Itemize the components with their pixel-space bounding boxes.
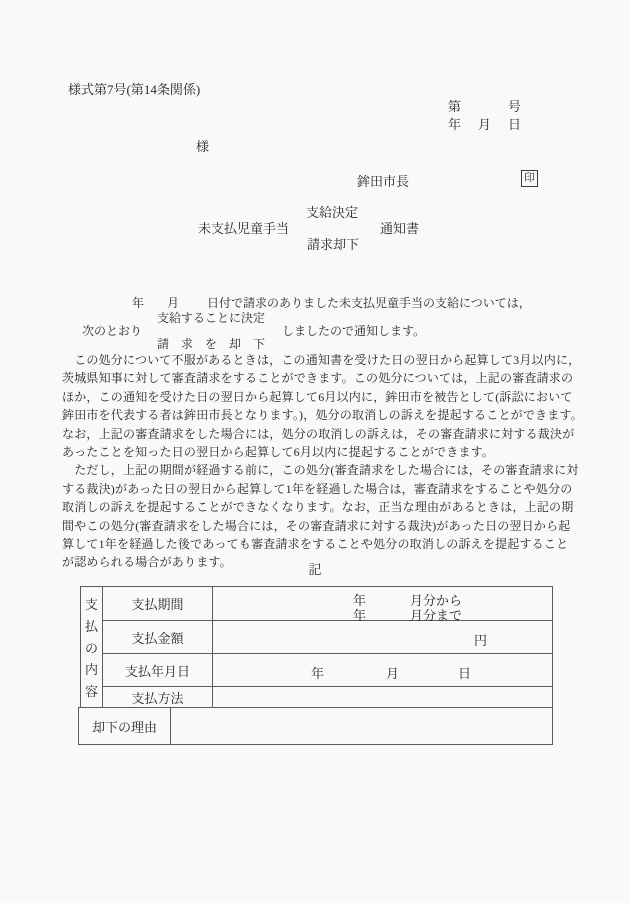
payment-date-day: 日 bbox=[458, 663, 471, 682]
title-option-grant: 支給決定 bbox=[306, 206, 358, 220]
issue-date-month: 月 bbox=[478, 118, 491, 132]
body-line: 算して1年を経過した後であっても審査請求をすることや処分の取消しの訴えを提起する… bbox=[62, 535, 574, 553]
body-line: 鉾田市を代表する者は鉾田市長となります。)，処分の取消しの訴えを提起することがで… bbox=[62, 406, 574, 424]
row-label-rejection-reason: 却下の理由 bbox=[79, 708, 171, 744]
intro-month: 月 bbox=[167, 296, 179, 310]
row-value-payment-date: 年 月 日 bbox=[213, 654, 552, 687]
ki-heading: 記 bbox=[0, 559, 630, 578]
row-label-payment-period: 支払期間 bbox=[103, 587, 213, 621]
row-label-payment-amount: 支払金額 bbox=[103, 621, 213, 654]
payment-date-month: 月 bbox=[386, 663, 399, 682]
intro-option-grant: 支給することに決定 bbox=[157, 311, 265, 325]
body-line: あったことを知った日の翌日から起算して6月以内に提起することができます。 bbox=[62, 443, 574, 461]
payment-details-table: 支 払 の 内 容 支払期間 年 月分から 年 月分まで 支払金額 円 支払年月… bbox=[80, 586, 553, 708]
addressee-suffix: 様 bbox=[196, 140, 209, 154]
issue-date-day: 日 bbox=[508, 118, 521, 132]
title-doc-type: 通知書 bbox=[380, 222, 419, 236]
intro-tail: しましたので通知します。 bbox=[282, 324, 425, 338]
intro-request-line: 日付で請求のありました未支払児童手当の支給については， bbox=[207, 296, 531, 310]
table-side-label-payment-contents: 支 払 の 内 容 bbox=[81, 587, 103, 707]
body-line: 茨城県知事に対して審査請求をすることができます。この処分については，上記の審査請… bbox=[62, 369, 574, 387]
appeal-notice-paragraphs: この処分について不服があるときは，この通知書を受けた日の翌日から起算して3月以内… bbox=[62, 351, 574, 572]
seal-mark-icon: 印 bbox=[521, 170, 538, 187]
amount-unit-yen: 円 bbox=[474, 630, 487, 649]
form-number: 様式第7号(第14条関係) bbox=[68, 83, 200, 97]
sender-name: 鉾田市長 bbox=[357, 175, 409, 189]
body-line: なお，上記の審査請求をした場合には，処分の取消しの訴えは，その審査請求に対する裁… bbox=[62, 425, 574, 443]
doc-number-prefix: 第 bbox=[448, 100, 461, 114]
title-subject: 未支払児童手当 bbox=[198, 222, 289, 236]
body-line: ただし，上記の期間が経過する前に，この処分(審査請求をした場合には，その審査請求… bbox=[62, 461, 574, 479]
intro-year: 年 bbox=[132, 296, 144, 310]
body-line: この処分について不服があるときは，この通知書を受けた日の翌日から起算して3月以内… bbox=[62, 351, 574, 369]
body-line: する裁決)があった日の翌日から起算して1年を経過した場合は，審査請求をすることや… bbox=[62, 480, 574, 498]
body-line: 取消しの訴えを提起することができなくなります。なお，正当な理由があるときは，上記… bbox=[62, 498, 574, 516]
title-option-reject: 請求却下 bbox=[307, 238, 359, 252]
body-line: 間やこの処分(審査請求をした場合には，その審査請求に対する裁決)があった日の翌日… bbox=[62, 517, 574, 535]
payment-date-year: 年 bbox=[311, 663, 324, 682]
row-label-payment-date: 支払年月日 bbox=[103, 654, 213, 687]
rejection-reason-table: 却下の理由 bbox=[78, 707, 553, 745]
row-label-payment-method: 支払方法 bbox=[103, 687, 213, 707]
body-line: ほか，この通知を受けた日の翌日から起算して6月以内に，鉾田市を被告として(訴訟に… bbox=[62, 388, 574, 406]
intro-lead: 次のとおり bbox=[82, 324, 142, 338]
row-value-payment-period: 年 月分から 年 月分まで bbox=[213, 587, 552, 621]
document-page: 様式第7号(第14条関係) 第 号 年 月 日 様 鉾田市長 印 支給決定 未支… bbox=[0, 0, 630, 903]
row-value-payment-amount: 円 bbox=[213, 621, 552, 654]
doc-number-suffix: 号 bbox=[508, 100, 521, 114]
issue-date-year: 年 bbox=[448, 118, 461, 132]
row-value-payment-method bbox=[213, 687, 552, 707]
row-value-rejection-reason bbox=[171, 708, 552, 744]
intro-option-reject: 請 求 を 却 下 bbox=[157, 337, 265, 351]
